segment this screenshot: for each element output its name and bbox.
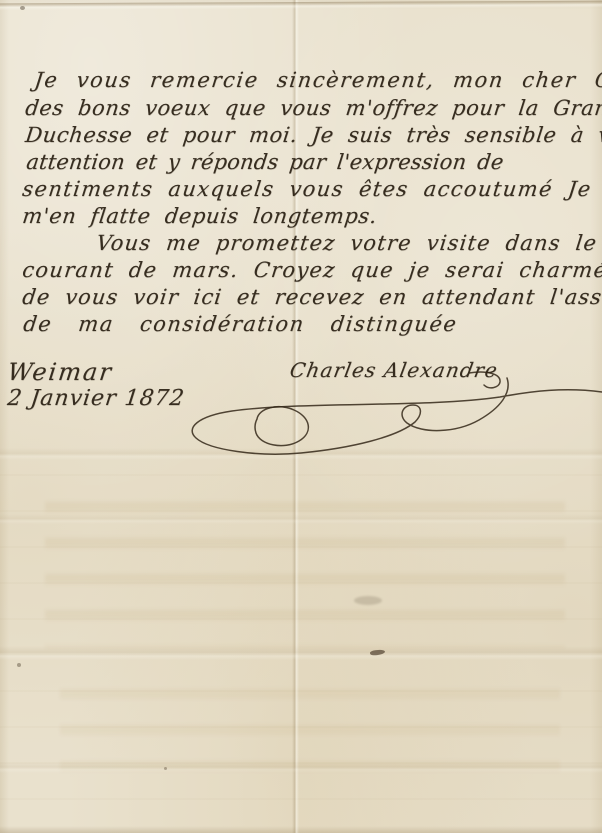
ink-speck: [17, 663, 21, 667]
letter-page: Je vous remercie sincèrement, mon cher C…: [0, 0, 602, 833]
letter-line: des bons voeux que vous m'offrez pour la…: [24, 96, 602, 120]
letter-line: de ma considération distinguée: [22, 312, 459, 336]
letter-line: Duchesse et pour moi. Je suis très sensi…: [24, 123, 602, 147]
letter-line: m'en flatte depuis longtemps.: [21, 204, 379, 228]
letter-line: Vous me promettez votre visite dans le: [95, 231, 599, 255]
fold-crease-horizontal: [0, 646, 602, 660]
letter-line: sentiments auxquels vous êtes accoutumé …: [21, 177, 593, 201]
letter-line: attention et y réponds par l'expression …: [25, 150, 505, 174]
fold-crease-horizontal: [0, 514, 602, 524]
ink-speck: [164, 767, 167, 770]
letter-line: courant de mars. Croyez que je serai cha…: [21, 258, 602, 282]
fold-crease-top: [0, 1, 602, 11]
letter-line: de vous voir ici et recevez en attendant…: [21, 285, 602, 309]
show-through-writing: [45, 478, 565, 648]
ink-speck: [20, 6, 25, 10]
letter-line: Je vous remercie sincèrement, mon cher C…: [33, 68, 602, 92]
letter-scan: Je vous remercie sincèrement, mon cher C…: [0, 0, 602, 833]
ink-smudge: [354, 596, 382, 605]
signature-flourish: [0, 368, 602, 478]
fold-crease-horizontal: [0, 762, 602, 773]
